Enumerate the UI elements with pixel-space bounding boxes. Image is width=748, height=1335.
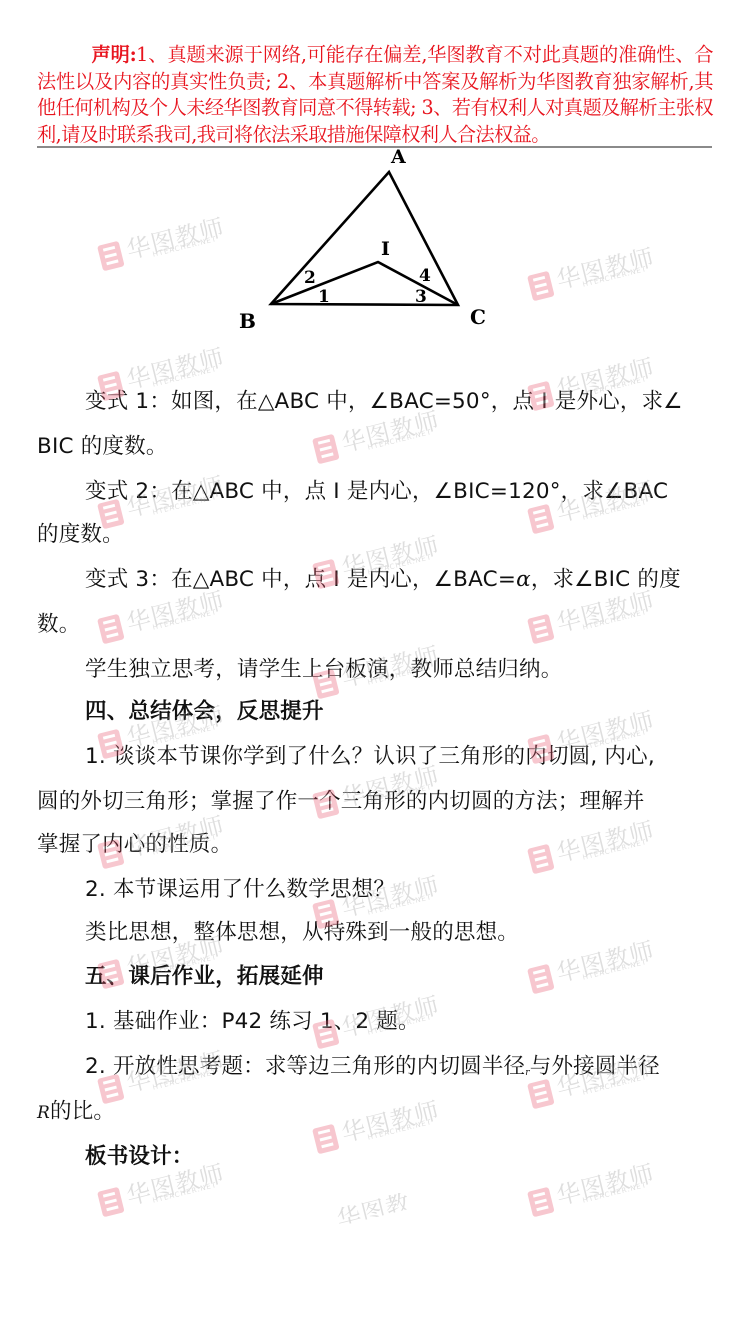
alpha-symbol: α: [516, 567, 531, 592]
section-4-heading: 四、总结体会，反思提升: [85, 697, 713, 727]
homework-2-line-1: 2. 开放性思考题：求等边三角形的内切圆半径r与外接圆半径: [85, 1052, 713, 1082]
watermark-subtext: HTEACHER.NET: [582, 1181, 648, 1205]
homework-2-text-before: 2. 开放性思考题：求等边三角形的内切圆半径: [85, 1054, 525, 1079]
watermark-logo-icon: [527, 1187, 555, 1218]
watermark-partial: 华图教师: [334, 1186, 417, 1227]
variant-1-line-2: BIC 的度数。: [37, 432, 713, 462]
watermark-text: 华图教师: [334, 1186, 417, 1227]
summary-q1-line-3: 掌握了内心的性质。: [37, 830, 713, 860]
summary-a2-line: 类比思想，整体思想，从特殊到一般的思想。: [85, 918, 713, 948]
student-activity-line: 学生独立思考，请学生上台板演，教师总结归纳。: [85, 655, 713, 685]
board-design-heading: 板书设计：: [85, 1142, 713, 1172]
homework-2-text-after: 与外接圆半径: [530, 1054, 660, 1079]
angle-label-2: 2: [304, 268, 316, 288]
angle-label-3: 3: [415, 287, 427, 307]
variant-2-line-1: 变式 2：在△ABC 中，点 I 是内心，∠BIC=120°，求∠BAC: [85, 477, 713, 507]
summary-q1-line-1: 1. 谈谈本节课你学到了什么？认识了三角形的内切圆, 内心,: [85, 742, 713, 772]
watermark-logo-icon: [97, 1187, 125, 1218]
variant-3-text-after: ，求∠BIC 的度: [531, 567, 681, 592]
homework-2-line-2: R的比。: [37, 1097, 713, 1127]
watermark-subtext: HTEACHER.NET: [152, 365, 218, 389]
vertex-label-b: B: [239, 309, 256, 333]
variant-1-line-1: 变式 1：如图，在△ABC 中，∠BAC=50°，点 I 是外心，求∠: [85, 387, 713, 417]
triangle-figure: A B C I 1 2 3 4: [0, 0, 748, 340]
variant-3-line-1: 变式 3：在△ABC 中，点 I 是内心，∠BAC=α，求∠BIC 的度: [85, 565, 713, 595]
watermark-subtext: HTEACHER.NET: [152, 1181, 218, 1205]
document-page: 声明:1、真题来源于网络,可能存在偏差,华图教育不对此真题的准确性、合法性以及内…: [0, 0, 748, 1335]
homework-2-text-end: 的比。: [50, 1099, 115, 1124]
angle-label-4: 4: [419, 266, 431, 286]
section-5-heading: 五、课后作业，拓展延伸: [85, 962, 713, 992]
angle-label-1: 1: [318, 287, 330, 307]
triangle-diagram-icon: A B C I 1 2 3 4: [0, 0, 748, 340]
homework-1-line: 1. 基础作业：P42 练习 1、2 题。: [85, 1007, 713, 1037]
vertex-label-a: A: [390, 146, 406, 168]
variant-3-text-before: 变式 3：在△ABC 中，点 I 是内心，∠BAC=: [85, 567, 516, 592]
summary-q1-line-2: 圆的外切三角形；掌握了作一个三角形的内切圆的方法；理解并: [37, 787, 713, 817]
big-r-symbol: R: [37, 1103, 50, 1123]
summary-q2-line: 2. 本节课运用了什么数学思想？: [85, 875, 713, 905]
vertex-label-i: I: [381, 238, 390, 260]
variant-2-line-2: 的度数。: [37, 520, 713, 550]
vertex-label-c: C: [470, 305, 486, 329]
variant-3-line-2: 数。: [37, 610, 713, 640]
